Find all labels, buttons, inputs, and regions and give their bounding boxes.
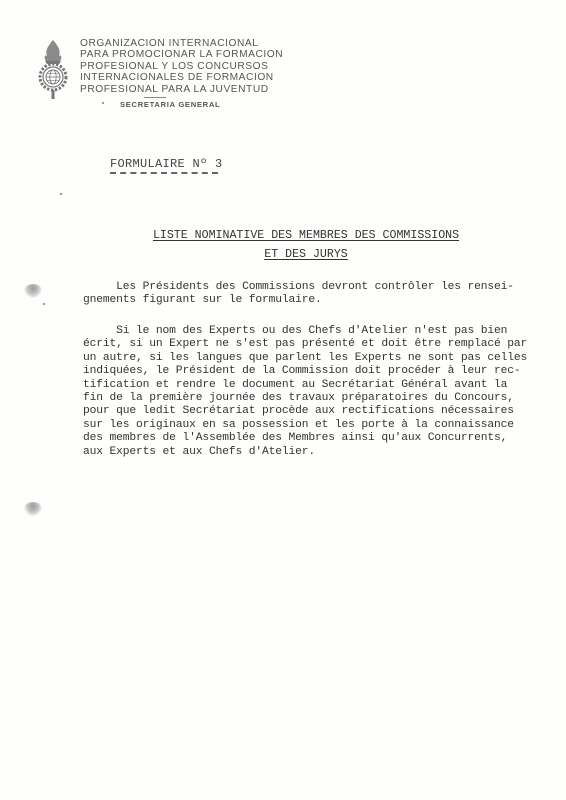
title-line-1: LISTE NOMINATIVE DES MEMBRES DES COMMISS… [153,229,459,242]
form-number-heading: FORMULAIRE Nº 3 [110,157,223,174]
org-line: PROFESIONAL PARA LA JUVENTUD [80,84,283,95]
letterhead-divider [144,97,166,98]
text-line: sur les originaux en sa possession et le… [83,419,543,432]
form-number-underline [110,172,218,174]
text-line: Les Présidents des Commissions devront c… [83,281,543,294]
paragraph-1: Les Présidents des Commissions devront c… [83,281,543,308]
form-number-text: FORMULAIRE Nº 3 [110,157,223,171]
text-line: écrit, si un Expert ne s'est pas présent… [83,338,543,351]
text-line: aux Experts et aux Chefs d'Atelier. [83,446,543,459]
text-line: fin de la première journée des travaux p… [83,392,543,405]
text-line: Si le nom des Experts ou des Chefs d'Ate… [83,325,543,338]
document-title: LISTE NOMINATIVE DES MEMBRES DES COMMISS… [0,226,566,264]
paragraph-2: Si le nom des Experts ou des Chefs d'Ate… [83,325,543,459]
paper-speck [60,193,62,195]
paper-speck [43,303,45,305]
punch-hole [24,502,42,516]
department-name: SECRETARIA GENERAL [120,100,220,109]
text-line: pour que ledit Secrétariat procède aux r… [83,405,543,418]
document-page: ORGANIZACION INTERNACIONAL PARA PROMOCIO… [0,0,566,800]
text-line: des membres de l'Assemblée des Membres a… [83,432,543,445]
punch-hole [24,284,42,298]
text-line: un autre, si les langues que parlent les… [83,352,543,365]
org-line: ORGANIZACION INTERNACIONAL [80,38,283,49]
text-line: gnements figurant sur le formulaire. [83,294,543,307]
text-line: tification et rendre le document au Secr… [83,379,543,392]
title-line-2: ET DES JURYS [264,248,348,261]
org-line: PROFESIONAL Y LOS CONCURSOS [80,61,283,72]
org-line: INTERNACIONALES DE FORMACION [80,72,283,83]
emblem-icon [36,38,70,100]
organization-name: ORGANIZACION INTERNACIONAL PARA PROMOCIO… [80,38,283,95]
org-line: PARA PROMOCIONAR LA FORMACION [80,49,283,60]
paper-speck [102,102,104,104]
text-line: indiquées, le Président de la Commission… [83,365,543,378]
